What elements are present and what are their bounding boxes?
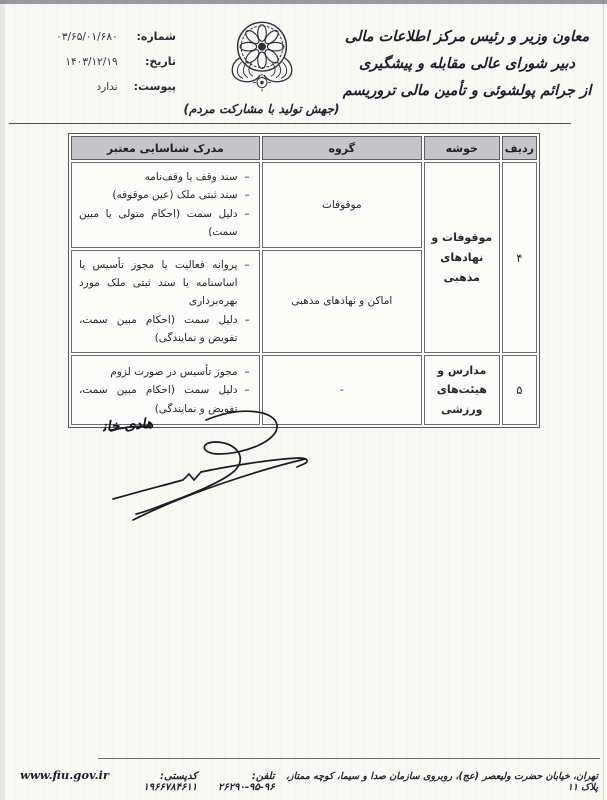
- group-cell: اماکن و نهادهای مذهبی: [262, 250, 422, 354]
- table-header-row: ردیف خوشه گروه مدرک شناسایی معتبر: [71, 136, 537, 160]
- list-item: –دلیل سمت (احکام متولی یا مبین سمت): [79, 205, 250, 242]
- letterhead-title: معاون وزیر و رئیس مرکز اطلاعات مالی دبیر…: [341, 16, 593, 105]
- dash-bullet: –: [245, 186, 250, 204]
- emblem-slogan: (جهش تولید با مشارکت مردم): [184, 102, 340, 116]
- number-label: شماره:: [134, 30, 176, 43]
- iran-government-emblem-icon: [226, 18, 298, 98]
- dash-bullet: –: [245, 168, 250, 186]
- letterhead-title-line-3: از جرائم پولشوئی و تأمین مالی تروریسم: [341, 78, 593, 105]
- credentials-table: ردیف خوشه گروه مدرک شناسایی معتبر ۴ موقو…: [68, 133, 540, 428]
- scan-top-edge: [0, 0, 607, 4]
- letterhead-title-line-1: معاون وزیر و رئیس مرکز اطلاعات مالی: [341, 24, 593, 51]
- header-cell-row: ردیف: [502, 136, 537, 160]
- signature-scribble: [113, 458, 307, 499]
- footer-row: تهران، خیابان حضرت ولیعصر (عج)، روبروی س…: [0, 759, 607, 793]
- table-row: ۴ موقوفات و نهادهای مذهبی موقوفات –سند و…: [71, 162, 537, 248]
- header-cell-cluster: خوشه: [424, 136, 500, 160]
- scan-right-edge: [603, 0, 604, 800]
- number-value: ۰۳/۶۵/۰۱/۶۸۰: [56, 31, 117, 43]
- scanned-letter-page: معاون وزیر و رئیس مرکز اطلاعات مالی دبیر…: [0, 0, 607, 800]
- page-footer: تهران، خیابان حضرت ولیعصر (عج)، روبروی س…: [0, 758, 607, 793]
- list-item: –سند وقف یا وقف‌نامه: [79, 168, 250, 186]
- footer-phone: تلفن: ۹۶-۹۵-۲۶۲۹۰: [197, 771, 275, 793]
- list-item: –پروانه فعالیت یا مجوز تأسیس یا اساسنامه…: [79, 256, 250, 311]
- letterhead-header: معاون وزیر و رئیس مرکز اطلاعات مالی دبیر…: [0, 0, 607, 116]
- footer-website: www.fiu.gov.ir: [20, 768, 109, 782]
- cluster-cell: موقوفات و نهادهای مذهبی: [424, 162, 500, 353]
- list-item: –سند ثبتی ملک (عین موقوفه): [79, 186, 250, 204]
- list-item: –دلیل سمت (احکام مبین سمت، تفویض و نماین…: [79, 311, 250, 348]
- documents-cell: –پروانه فعالیت یا مجوز تأسیس یا اساسنامه…: [71, 250, 260, 354]
- header-divider: [9, 123, 571, 124]
- date-value: ۱۴۰۳/۱۲/۱۹: [56, 56, 117, 68]
- date-label: تاریخ:: [134, 55, 176, 68]
- dash-bullet: –: [245, 363, 250, 381]
- emblem-block: (جهش تولید با مشارکت مردم): [182, 16, 341, 116]
- signature-name: هادی خانی: [103, 416, 154, 436]
- header-cell-group: گروه: [262, 136, 422, 160]
- attachment-label: پیوست:: [134, 80, 176, 93]
- letterhead-title-line-2: دبیر شورای عالی مقابله و پیشگیری: [341, 51, 593, 78]
- row-number-cell: ۴: [502, 162, 537, 353]
- dash-bullet: –: [245, 256, 250, 274]
- cluster-cell: مدارس و هیئت‌های ورزشی: [424, 355, 500, 425]
- dash-bullet: –: [245, 311, 250, 329]
- group-cell: موقوفات: [262, 162, 422, 248]
- scan-left-edge: [0, 0, 5, 800]
- signature-block: هادی خانی: [103, 396, 351, 528]
- header-cell-document: مدرک شناسایی معتبر: [71, 136, 260, 160]
- dash-bullet: –: [245, 205, 250, 223]
- row-number-cell: ۵: [502, 355, 537, 425]
- attachment-value: ندارد: [56, 81, 117, 93]
- letter-meta-fields: شماره: ۰۳/۶۵/۰۱/۶۸۰ تاریخ: ۱۴۰۳/۱۲/۱۹ پی…: [8, 16, 182, 93]
- documents-cell: –سند وقف یا وقف‌نامه –سند ثبتی ملک (عین …: [71, 162, 260, 248]
- footer-address: تهران، خیابان حضرت ولیعصر (عج)، روبروی س…: [275, 771, 598, 793]
- footer-postal-code: کدپستی: ۱۹۶۶۷۸۴۶۱۱: [109, 771, 197, 793]
- list-item: –مجوز تأسیس در صورت لزوم: [79, 363, 250, 381]
